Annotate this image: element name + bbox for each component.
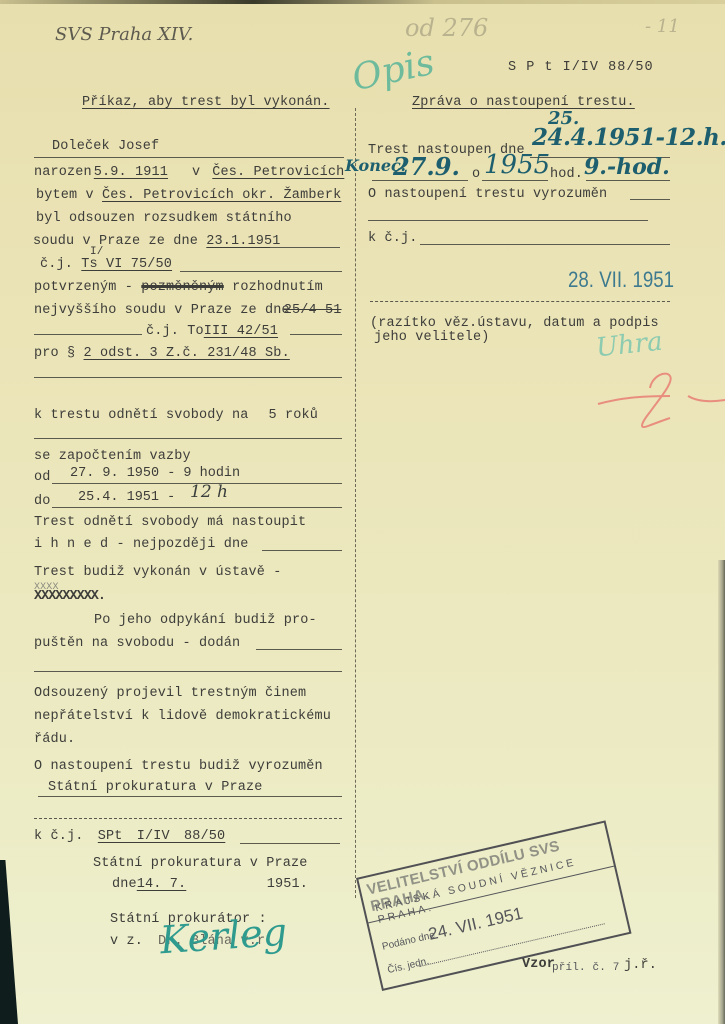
reference-number: S P t I/IV 88/50	[508, 60, 654, 76]
notify-value: Státní prokuratura v Praze	[48, 780, 263, 796]
paragraph-row: pro § 2 odst. 3 Z.č. 231/48 Sb.	[34, 346, 290, 362]
ref-label: k č.j.	[34, 829, 84, 844]
right-ref-label: k č.j.	[368, 231, 418, 247]
notify-label: O nastoupení trestu budiž vyrozuměn	[34, 759, 323, 775]
rule	[180, 271, 342, 272]
rule	[482, 180, 548, 181]
born-place: Čes. Petrovicích	[212, 165, 344, 180]
sentence-row: k trestu odnětí svobody na5 roků	[34, 408, 318, 424]
pencil-note-top-center: od 276	[405, 14, 488, 42]
confirmed-a: potvrzeným -	[34, 280, 133, 295]
start-line-1: Trest odnětí svobody má nastoupit	[34, 515, 306, 531]
rule	[368, 220, 648, 221]
notified-label: O nastoupení trestu vyrozuměn	[368, 187, 607, 203]
born-label: narozen	[34, 165, 92, 180]
from-label: od	[34, 470, 51, 486]
convict-name: Doleček Josef	[52, 139, 159, 155]
end-year-label: o	[472, 167, 480, 183]
hour-label: hod.	[550, 167, 583, 183]
prosecutor-signature: Kerleg	[159, 910, 289, 963]
rule	[630, 199, 670, 200]
supreme-court-row: nejvyššího soudu v Praze ze dne25/4 51	[34, 303, 342, 319]
started-value: 24.4.1951-12.h.	[532, 124, 725, 151]
ref-value: SPt I/IV 88/50	[98, 829, 226, 844]
cj2-value: III 42/51	[204, 324, 278, 339]
custody-label: se započtením vazby	[34, 449, 191, 465]
rule	[34, 671, 342, 672]
rule	[34, 377, 342, 378]
end-date: 27.9.	[393, 152, 460, 181]
cj2-row: č.j. ToIII 42/51	[146, 324, 278, 340]
hour-value: 9.-hod.	[584, 154, 670, 180]
cj-value: Ts VI 75/50	[81, 257, 172, 272]
right-heading: Zpráva o nastoupení trestu.	[412, 95, 635, 111]
scan-left-shadow	[0, 860, 18, 1024]
cj2-label: č.j. To	[146, 324, 204, 339]
hostility-line-1: Odsouzený projevil trestným činem	[34, 686, 306, 702]
court-row: soudu v Praze ze dne 23.1.1951	[33, 234, 281, 250]
rule	[34, 438, 342, 439]
facility-overtype: XXXXXXXXX.	[34, 589, 105, 605]
start-line-2: i h n e d - nejpozději dne	[34, 537, 249, 553]
rule	[262, 550, 342, 551]
cj-label: č.j.	[40, 257, 73, 272]
document-page: SVS Praha XIV. od 276 - 11 S P t I/IV 88…	[0, 0, 725, 1024]
release-line-1: Po jeho odpykání budiž pro-	[94, 613, 317, 629]
paragraph-value: 2 odst. 3 Z.č. 231/48 Sb.	[84, 346, 290, 361]
rule	[270, 247, 340, 248]
supreme-court-label: nejvyššího soudu v Praze ze dne	[34, 303, 290, 318]
end-year: 1955	[484, 150, 550, 180]
court-label: soudu v Praze ze dne	[33, 234, 198, 249]
hostility-line-2: nepřátelství k lidově demokratickému	[34, 709, 331, 725]
stamp-caption-2: jeho velitele)	[374, 330, 490, 346]
rule	[52, 507, 342, 508]
hostility-line-3: řádu.	[34, 732, 75, 748]
born-row: narozen5.9. 1911vČes. Petrovicích	[34, 165, 344, 181]
rule	[370, 301, 670, 302]
rule	[420, 244, 670, 245]
proxy-label: v z.	[110, 934, 143, 950]
supreme-court-date: 25/4 51	[284, 303, 342, 318]
scan-right-edge	[718, 560, 725, 1024]
date-year: 1951.	[267, 877, 308, 892]
born-in-label: v	[192, 165, 200, 180]
date-stamp: 28. VII. 1951	[568, 267, 674, 293]
rule	[34, 334, 142, 335]
scan-top-edge	[0, 0, 725, 4]
enclosure-label: Vzor	[522, 957, 555, 973]
rule	[586, 180, 670, 181]
rule	[290, 334, 342, 335]
to-value: 25.4. 1951 -	[78, 490, 175, 506]
confirmed-b: rozhodnutím	[232, 280, 323, 295]
to-handwritten: 12 h	[190, 482, 228, 502]
pencil-note-top-left: SVS Praha XIV.	[55, 24, 193, 45]
born-date: 5.9. 1911	[94, 165, 168, 180]
from-value: 27. 9. 1950 - 9 hodin	[70, 466, 240, 482]
release-line-2: puštěn na svobodu - dodán	[34, 636, 240, 652]
sentence-value: 5 roků	[269, 408, 319, 423]
rule	[38, 796, 342, 797]
sentenced-line: byl odsouzen rozsudkem státního	[36, 211, 292, 227]
pencil-note-top-right: - 11	[645, 16, 680, 37]
green-note-opis: Opis	[349, 42, 438, 99]
rule	[240, 843, 340, 844]
green-initials: Uhra	[595, 327, 664, 364]
paragraph-label: pro §	[34, 346, 75, 361]
confirmed-struck: pozměněným	[141, 280, 224, 295]
residence-label: bytem v	[36, 188, 94, 203]
signed-date-row: dne14. 7.1951.	[112, 877, 308, 893]
residence-value: Čes. Petrovicích okr. Žamberk	[102, 188, 341, 203]
red-pencil-mark	[590, 368, 725, 438]
enclosure-suffix: j.ř.	[624, 958, 657, 974]
confirmed-row: potvrzeným - pozměněným rozhodnutím	[34, 280, 323, 296]
ref-row: k č.j. SPt I/IV 88/50	[34, 829, 225, 845]
enclosure-value: příl. č. 7	[552, 960, 620, 976]
residence-row: bytem v Čes. Petrovicích okr. Žamberk	[36, 188, 341, 204]
date-label: dne	[112, 877, 137, 892]
cj-row: č.j. Ts VI 75/50	[40, 257, 172, 273]
rule	[34, 157, 344, 158]
sentence-label: k trestu odnětí svobody na	[34, 408, 249, 423]
office-name: Státní prokuratura v Praze	[93, 856, 308, 872]
to-label: do	[34, 494, 51, 510]
left-heading: Příkaz, aby trest byl vykonán.	[82, 95, 330, 111]
rule	[34, 818, 342, 819]
rule	[256, 649, 342, 650]
column-divider	[355, 108, 356, 898]
facility-line-1: Trest budiž vykonán v ústavě -	[34, 565, 282, 581]
date-value: 14. 7.	[137, 877, 267, 893]
